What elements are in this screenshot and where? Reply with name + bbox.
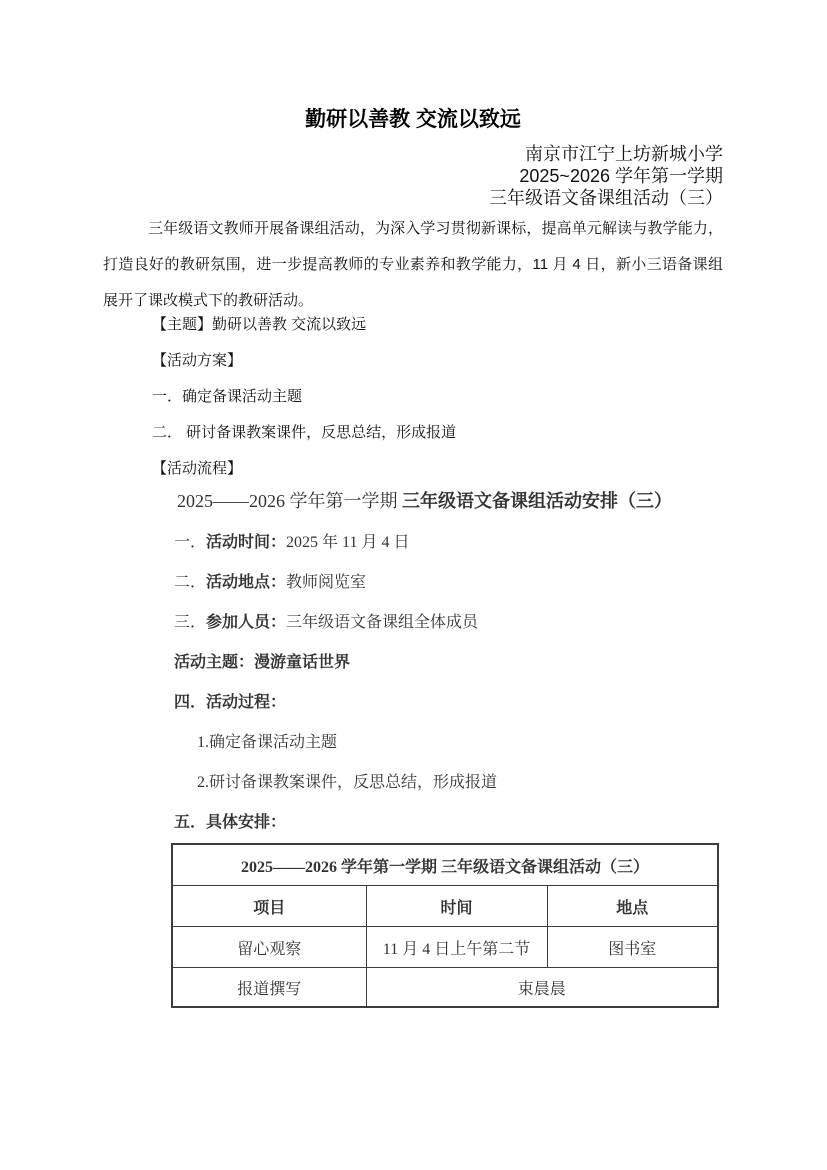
schedule-theme-line: 活动主题：漫游童话世界 bbox=[103, 643, 723, 683]
process-item-2: 2.研讨备课教案课件，反思总结，形成报道 bbox=[103, 763, 723, 803]
document-content: 勤研以善教 交流以致远 南京市江宁上坊新城小学 2025~2026 学年第一学期… bbox=[0, 0, 827, 1008]
cell-place: 图书室 bbox=[547, 927, 718, 968]
table-title-row: 2025——2026 学年第一学期 三年级语文备课组活动（三） bbox=[172, 844, 718, 886]
item-value: 三年级语文备课组全体成员 bbox=[286, 614, 478, 631]
plan-item-2: 二． 研讨备课教案课件，反思总结，形成报道 bbox=[103, 415, 723, 451]
byline-block: 南京市江宁上坊新城小学 2025~2026 学年第一学期 三年级语文备课组活动（… bbox=[103, 143, 723, 209]
schedule-heading-regular: 2025——2026 学年第一学期 bbox=[177, 491, 402, 511]
schedule-item-place: 二．活动地点：教师阅览室 bbox=[103, 563, 723, 603]
item-number: 一． bbox=[174, 534, 206, 551]
table-row: 留心观察 11 月 4 日上午第二节 图书室 bbox=[172, 927, 718, 968]
byline-semester: 2025~2026 学年第一学期 bbox=[103, 165, 723, 187]
byline-school: 南京市江宁上坊新城小学 bbox=[103, 143, 723, 165]
theme-label: 活动主题： bbox=[174, 654, 254, 671]
schedule-heading-bold: 三年级语文备课组活动安排（三） bbox=[402, 491, 672, 511]
intro-paragraph: 三年级语文教师开展备课组活动，为深入学习贯彻新课标，提高单元解读与教学能力，打造… bbox=[103, 211, 723, 319]
item-value: 教师阅览室 bbox=[286, 574, 366, 591]
byline-activity: 三年级语文备课组活动（三） bbox=[103, 187, 723, 209]
plan-item-1: 一．确定备课活动主题 bbox=[103, 379, 723, 415]
table-header-row: 项目 时间 地点 bbox=[172, 886, 718, 927]
document-title: 勤研以善教 交流以致远 bbox=[103, 0, 723, 134]
schedule-heading: 2025——2026 学年第一学期 三年级语文备课组活动安排（三） bbox=[103, 481, 723, 521]
table-title: 2025——2026 学年第一学期 三年级语文备课组活动（三） bbox=[172, 844, 718, 886]
item-number: 二． bbox=[174, 574, 206, 591]
cell-item: 报道撰写 bbox=[172, 968, 366, 1008]
schedule-item-time: 一．活动时间：2025 年 11 月 4 日 bbox=[103, 523, 723, 563]
item-label: 活动时间： bbox=[206, 534, 286, 551]
cell-time: 11 月 4 日上午第二节 bbox=[366, 927, 547, 968]
item-label: 参加人员： bbox=[206, 614, 286, 631]
column-header-time: 时间 bbox=[366, 886, 547, 927]
column-header-item: 项目 bbox=[172, 886, 366, 927]
theme-value: 漫游童话世界 bbox=[254, 654, 350, 671]
schedule-table: 2025——2026 学年第一学期 三年级语文备课组活动（三） 项目 时间 地点… bbox=[171, 843, 719, 1008]
arrangement-heading: 五．具体安排： bbox=[103, 803, 723, 843]
schedule-item-participants: 三．参加人员：三年级语文备课组全体成员 bbox=[103, 603, 723, 643]
schedule-section: 2025——2026 学年第一学期 三年级语文备课组活动安排（三） 一．活动时间… bbox=[103, 481, 723, 843]
section-list: 【主题】勤研以善教 交流以致远 【活动方案】 一．确定备课活动主题 二． 研讨备… bbox=[103, 307, 723, 487]
item-value: 2025 年 11 月 4 日 bbox=[286, 534, 409, 551]
table-row: 报道撰写 束晨晨 bbox=[172, 968, 718, 1008]
process-item-1: 1.确定备课活动主题 bbox=[103, 723, 723, 763]
item-number: 三． bbox=[174, 614, 206, 631]
plan-heading: 【活动方案】 bbox=[103, 343, 723, 379]
column-header-place: 地点 bbox=[547, 886, 718, 927]
process-heading: 四．活动过程： bbox=[103, 683, 723, 723]
cell-person: 束晨晨 bbox=[366, 968, 718, 1008]
cell-item: 留心观察 bbox=[172, 927, 366, 968]
document-page: 勤研以善教 交流以致远 南京市江宁上坊新城小学 2025~2026 学年第一学期… bbox=[0, 0, 827, 1170]
theme-line: 【主题】勤研以善教 交流以致远 bbox=[103, 307, 723, 343]
item-label: 活动地点： bbox=[206, 574, 286, 591]
